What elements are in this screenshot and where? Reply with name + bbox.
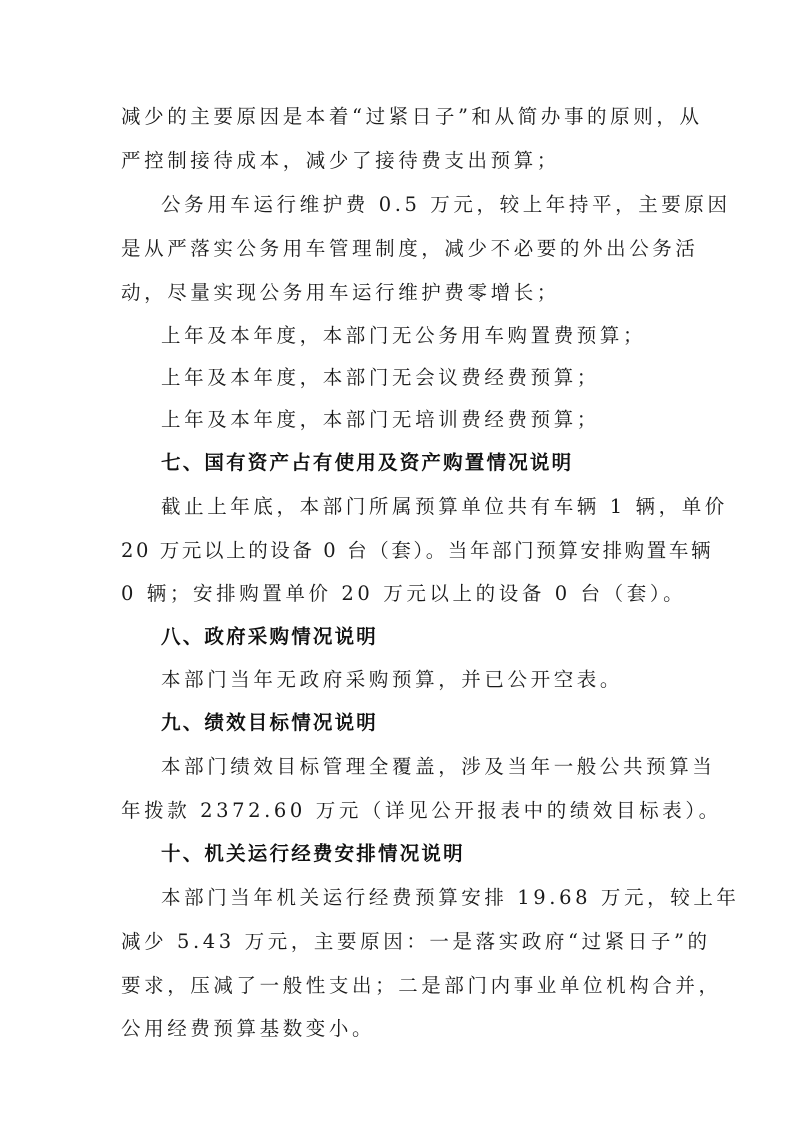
paragraph-line: 公务用车运行维护费 0.5 万元，较上年持平，主要原因 <box>161 193 721 217</box>
paragraph-line: 减少的主要原因是本着“过紧日子”和从简办事的原则，从 <box>121 105 681 129</box>
section-heading-7: 七、国有资产占有使用及资产购置情况说明 <box>161 451 721 475</box>
paragraph-line: 上年及本年度，本部门无培训费经费预算； <box>161 408 721 432</box>
section-heading-8: 八、政府采购情况说明 <box>161 625 721 649</box>
paragraph-line: 0 辆；安排购置单价 20 万元以上的设备 0 台（套）。 <box>121 582 681 606</box>
paragraph-line: 本部门当年无政府采购预算，并已公开空表。 <box>161 668 721 692</box>
paragraph-line: 公用经费预算基数变小。 <box>121 1017 681 1041</box>
paragraph-line: 上年及本年度，本部门无公务用车购置费预算； <box>161 324 721 348</box>
section-heading-9: 九、绩效目标情况说明 <box>161 711 721 735</box>
paragraph-line: 要求，压减了一般性支出；二是部门内事业单位机构合并， <box>121 974 681 998</box>
paragraph-line: 上年及本年度，本部门无会议费经费预算； <box>161 366 721 390</box>
paragraph-line: 本部门绩效目标管理全覆盖，涉及当年一般公共预算当 <box>161 755 721 779</box>
paragraph-line: 截止上年底，本部门所属预算单位共有车辆 1 辆，单价 <box>161 495 721 519</box>
paragraph-line: 本部门当年机关运行经费预算安排 19.68 万元，较上年 <box>161 886 721 910</box>
paragraph-line: 年拨款 2372.60 万元（详见公开报表中的绩效目标表）。 <box>121 799 681 823</box>
section-heading-10: 十、机关运行经费安排情况说明 <box>161 842 721 866</box>
paragraph-line: 是从严落实公务用车管理制度，减少不必要的外出公务活 <box>121 237 681 261</box>
paragraph-line: 减少 5.43 万元，主要原因：一是落实政府“过紧日子”的 <box>121 930 681 954</box>
paragraph-line: 20 万元以上的设备 0 台（套）。当年部门预算安排购置车辆 <box>121 539 681 563</box>
paragraph-line: 动，尽量实现公务用车运行维护费零增长； <box>121 281 681 305</box>
document-page: 减少的主要原因是本着“过紧日子”和从简办事的原则，从 严控制接待成本，减少了接待… <box>0 0 793 1122</box>
paragraph-line: 严控制接待成本，减少了接待费支出预算； <box>121 149 681 173</box>
